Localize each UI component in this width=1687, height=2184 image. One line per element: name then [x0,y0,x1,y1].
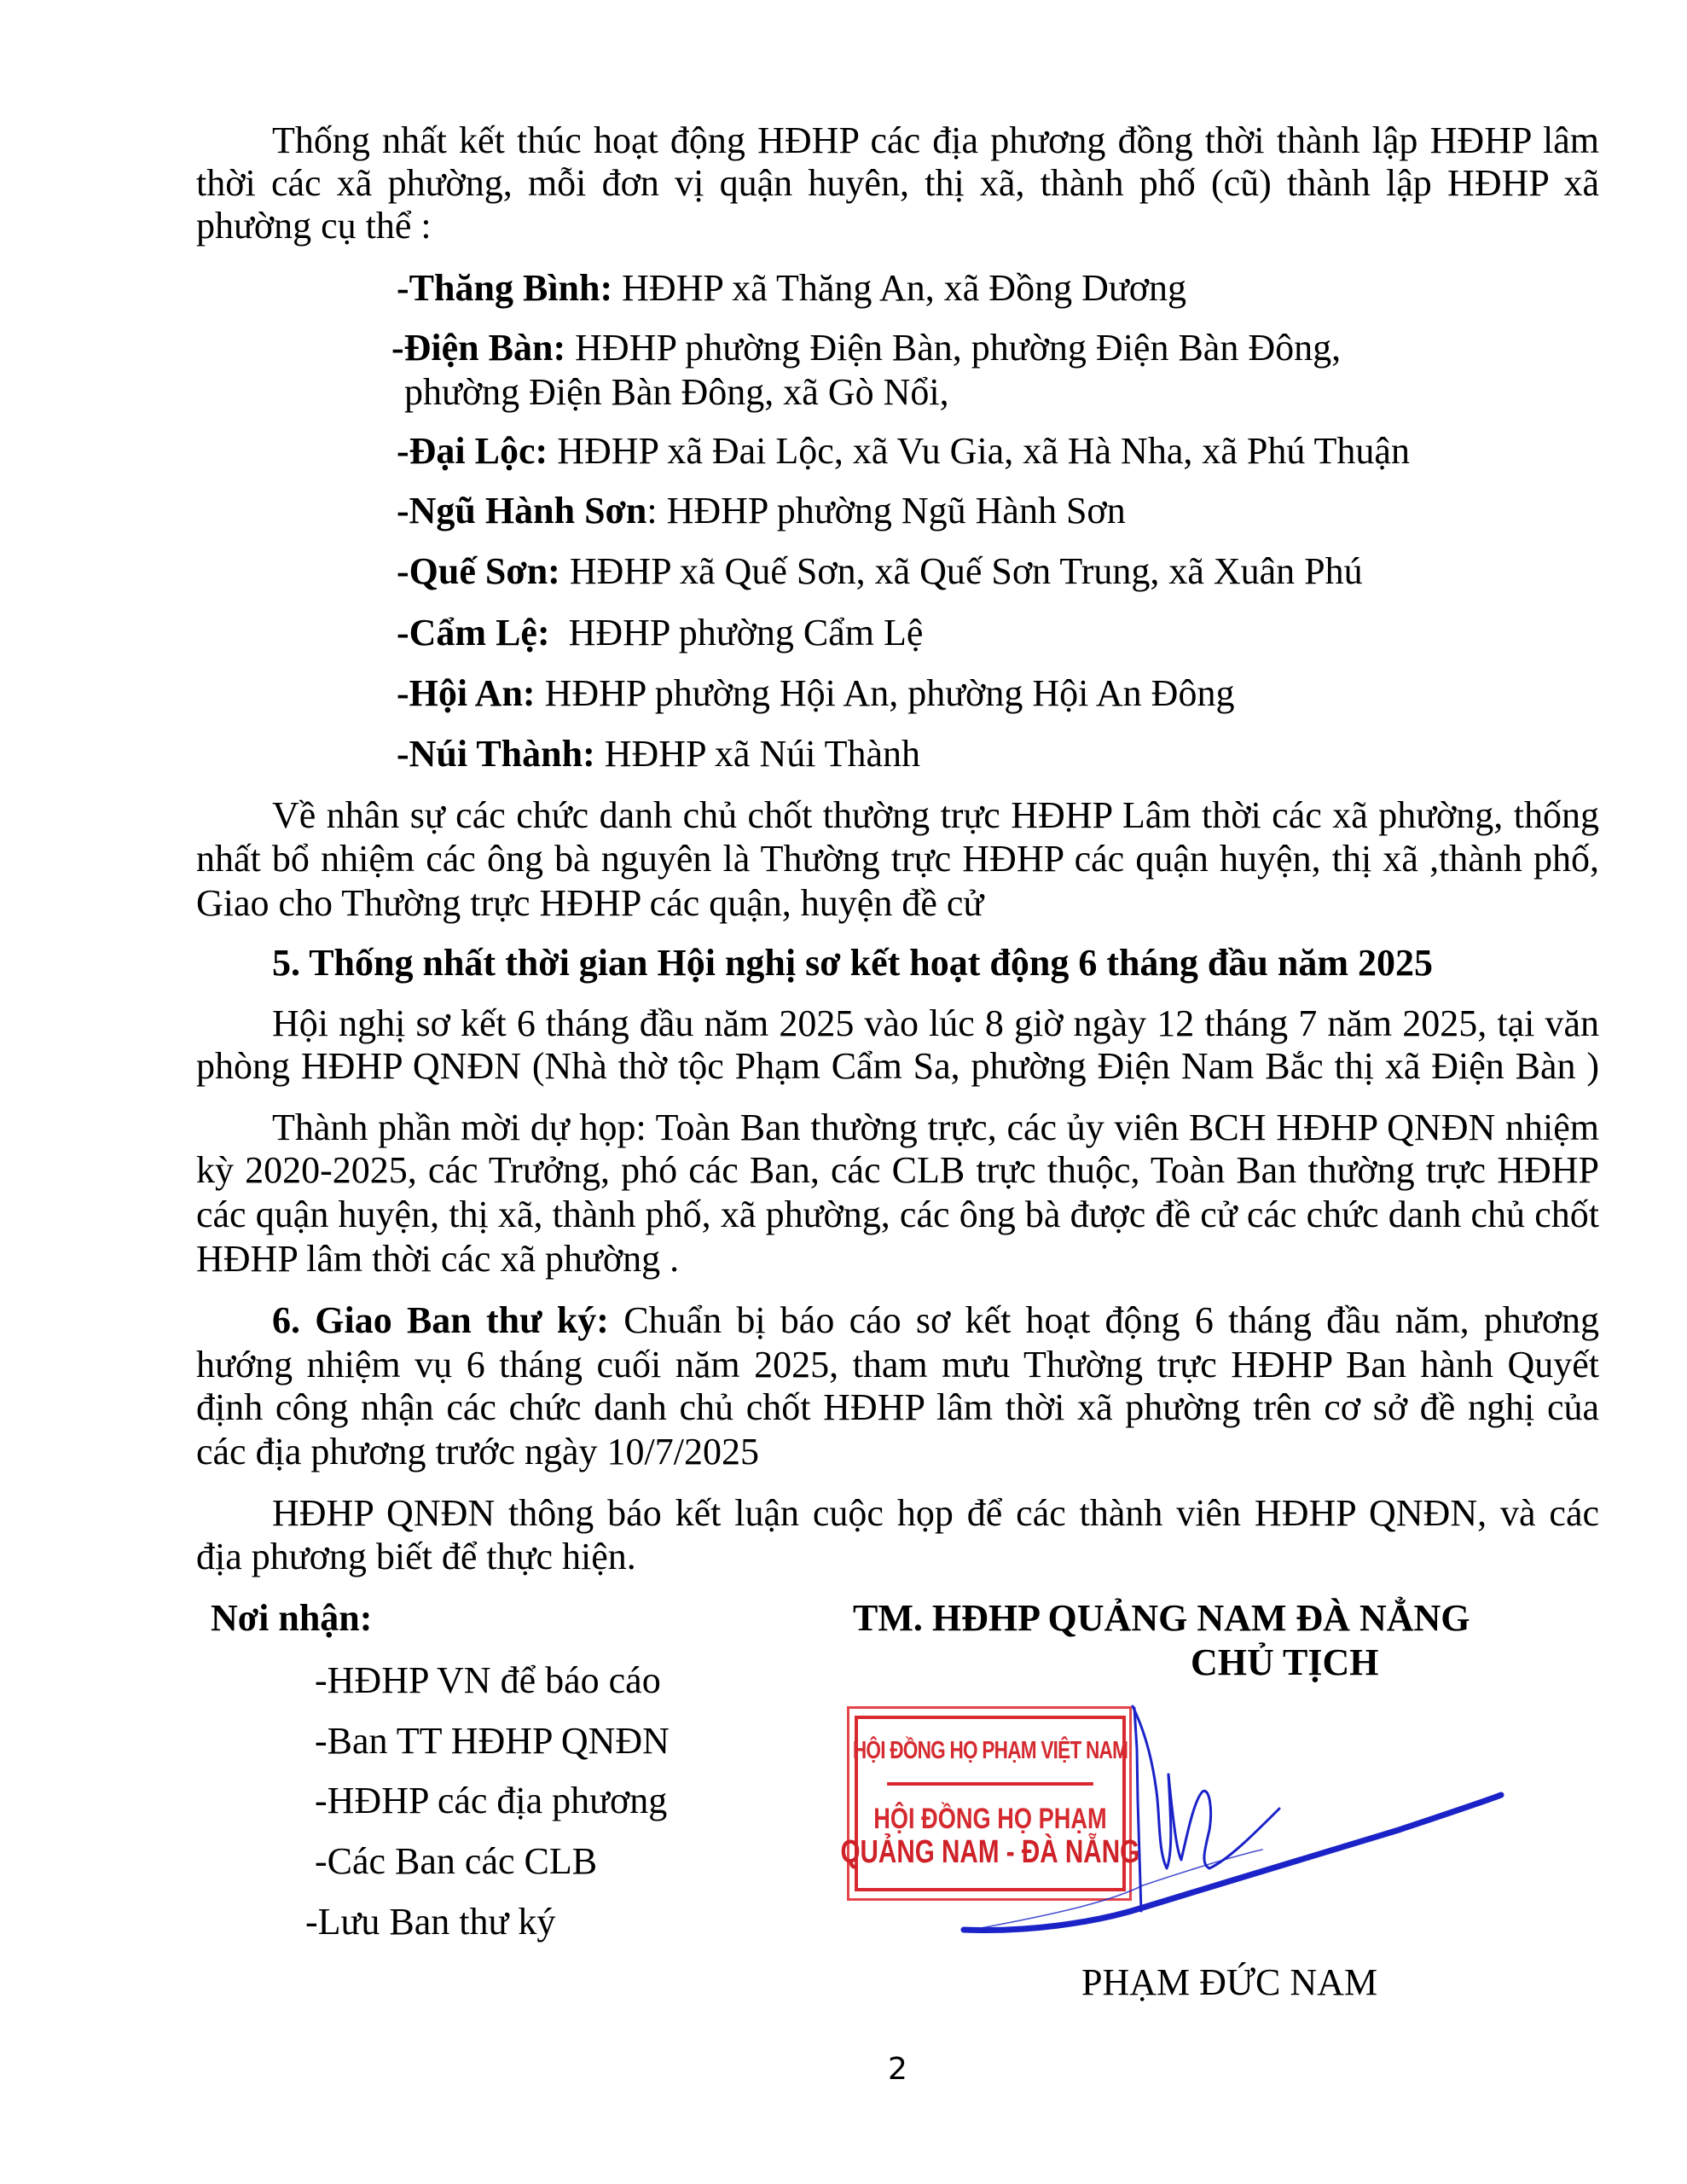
meeting-line-1: Hội nghị sơ kết 6 tháng đầu năm 2025 vào… [272,1005,1599,1043]
locality-name: -Núi Thành: [397,733,595,775]
locality-item: -Ngũ Hành Sơn: HĐHP phường Ngũ Hành Sơn [397,492,1126,530]
recipients-title: Nơi nhận: [211,1600,372,1637]
locality-text: HĐHP xã Núi Thành [595,733,920,775]
locality-item: -Hội An: HĐHP phường Hội An, phường Hội … [397,675,1234,712]
attendees-line-3: các quận huyện, thị xã, thành phố, xã ph… [196,1196,1599,1234]
locality-item: -Đại Lộc: HĐHP xã Đai Lộc, xã Vu Gia, xã… [397,433,1410,470]
intro-line-2: thời các xã phường, mỗi đơn vị quận huyê… [196,165,1599,202]
locality-text: HĐHP phường Điện Bàn, phường Điện Bàn Đô… [565,327,1341,369]
locality-item: -Thăng Bình: HĐHP xã Thăng An, xã Đồng D… [397,270,1186,307]
recipient-item: -HĐHP các địa phương [315,1782,667,1820]
locality-text: HĐHP phường Cẩm Lệ [550,612,924,653]
closing-line-1: HĐHP QNĐN thông báo kết luận cuộc họp để… [272,1495,1599,1532]
section-6-line-2: hướng nhiệm vụ 6 tháng cuối năm 2025, th… [196,1346,1599,1384]
stamp-bottom-line-1: HỘI ĐỒNG HỌ PHẠM [873,1804,1107,1835]
locality-text: : HĐHP phường Ngũ Hành Sơn [646,490,1125,531]
locality-name: -Thăng Bình: [397,267,612,309]
section-6-line-3: định công nhận các chức danh chủ chốt HĐ… [196,1389,1599,1426]
locality-item: -Quế Sơn: HĐHP xã Quế Sơn, xã Quế Sơn Tr… [397,553,1363,590]
section-5-heading: 5. Thống nhất thời gian Hội nghị sơ kết … [272,944,1433,982]
section-6-line-1: 6. Giao Ban thư ký: Chuẩn bị báo cáo sơ … [272,1302,1599,1339]
signature-org-line: TM. HĐHP QUẢNG NAM ĐÀ NẲNG [853,1600,1470,1637]
recipient-item: -Các Ban các CLB [315,1843,597,1880]
stamp-top-text: HỘI ĐỒNG HỌ PHẠM VIỆT NAM [887,1719,1093,1786]
signatory-name: PHẠM ĐỨC NAM [1081,1964,1377,2001]
official-stamp: HỘI ĐỒNG HỌ PHẠM VIỆT NAM HỘI ĐỒNG HỌ PH… [847,1706,1132,1901]
locality-item: -Điện Bàn: HĐHP phường Điện Bàn, phường … [391,329,1341,367]
stamp-bottom: HỘI ĐỒNG HỌ PHẠM QUẢNG NAM - ĐÀ NẴNG [858,1786,1122,1888]
locality-name: -Cẩm Lệ: [397,612,550,653]
attendees-line-2: kỳ 2020-2025, các Trưởng, phó các Ban, c… [196,1152,1599,1189]
attendees-line-4: HĐHP lâm thời các xã phường . [196,1240,679,1278]
locality-text: HĐHP phường Hội An, phường Hội An Đông [536,672,1235,714]
locality-item: -Cẩm Lệ: HĐHP phường Cẩm Lệ [397,614,923,652]
attendees-line-1: Thành phần mời dự họp: Toàn Ban thường t… [272,1109,1599,1147]
locality-name: -Hội An: [397,672,536,714]
closing-line-2: địa phương biết để thực hiện. [196,1538,636,1576]
locality-text: HĐHP xã Quế Sơn, xã Quế Sơn Trung, xã Xu… [560,550,1363,592]
personnel-line-2: nhất bổ nhiệm các ông bà nguyên là Thườn… [196,840,1599,878]
locality-text: HĐHP xã Đai Lộc, xã Vu Gia, xã Hà Nha, x… [548,430,1410,472]
signature-title: CHỦ TỊCH [1191,1644,1378,1682]
intro-line-3: phường cụ thể : [196,207,432,245]
locality-name: -Điện Bàn: [391,327,565,369]
meeting-line-2: phòng HĐHP QNĐN (Nhà thờ tộc Phạm Cẩm Sa… [196,1048,1599,1085]
locality-item: -Núi Thành: HĐHP xã Núi Thành [397,735,920,773]
recipient-item: -Ban TT HĐHP QNĐN [315,1722,670,1760]
recipient-item: -Lưu Ban thư ký [305,1903,555,1941]
intro-line-1: Thống nhất kết thúc hoạt động HĐHP các đ… [272,122,1599,160]
locality-item-continuation: phường Điện Bàn Đông, xã Gò Nổi, [404,374,949,411]
section-6-label: 6. Giao Ban thư ký: [272,1299,609,1341]
personnel-line-1: Về nhân sự các chức danh chủ chốt thường… [272,797,1599,834]
stamp-bottom-line-2: QUẢNG NAM - ĐÀ NẴNG [841,1836,1140,1870]
recipient-item: -HĐHP VN để báo cáo [315,1662,661,1699]
section-6-line-4: các địa phương trước ngày 10/7/2025 [196,1433,759,1471]
personnel-line-3: Giao cho Thường trực HĐHP các quận, huyệ… [196,885,983,922]
locality-name: -Quế Sơn: [397,550,560,592]
locality-name: -Ngũ Hành Sơn [397,490,646,531]
locality-name: -Đại Lộc: [397,430,548,472]
locality-text: HĐHP xã Thăng An, xã Đồng Dương [612,267,1186,309]
page-number: 2 [888,2052,907,2087]
section-6-text: Chuẩn bị báo cáo sơ kết hoạt động 6 thán… [609,1299,1599,1341]
stamp-inner-frame: HỘI ĐỒNG HỌ PHẠM VIỆT NAM HỘI ĐỒNG HỌ PH… [855,1716,1126,1891]
